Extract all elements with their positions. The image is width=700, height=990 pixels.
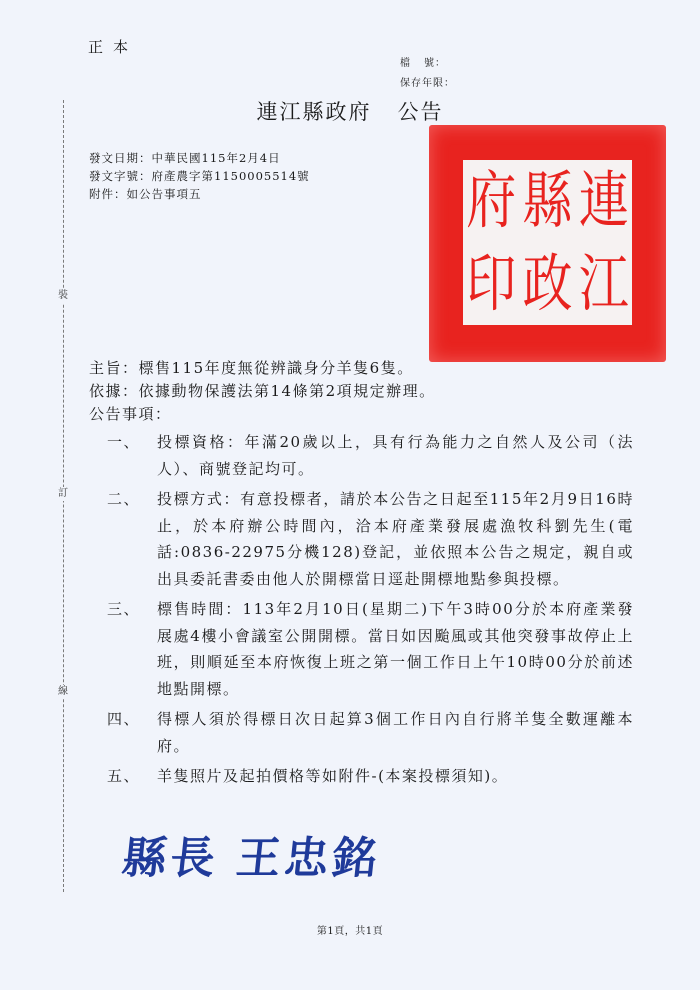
item-number: 一、 (107, 429, 157, 482)
magistrate-signature: 縣長王忠銘 (120, 822, 385, 886)
announcement-item: 一、 投標資格：年滿20歲以上，具有行為能力之自然人及公司（法人）、商號登記均可… (107, 429, 634, 482)
announcement-item: 二、 投標方式：有意投標者，請於本公告之日起至115年2月9日16時止，於本府辦… (107, 486, 634, 592)
announcement-item: 五、 羊隻照片及起拍價格等如附件-(本案投標須知)。 (107, 763, 634, 790)
seal-inner-field: 連 縣 府 江 政 印 (463, 160, 632, 325)
subject-label: 主旨： (89, 357, 139, 380)
seal-char: 江 (576, 232, 632, 335)
official-seal: 連 縣 府 江 政 印 (429, 125, 666, 362)
retention-period-label: 保存年限： (400, 74, 455, 89)
seal-char: 印 (463, 232, 519, 335)
announcement-items: 一、 投標資格：年滿20歲以上，具有行為能力之自然人及公司（法人）、商號登記均可… (89, 429, 634, 790)
binding-char-xian: 線 (54, 685, 72, 699)
archive-number-key: 檔 (400, 58, 424, 69)
subject-row: 主旨： 標售115年度無從辨識身分羊隻6隻。 (89, 357, 634, 380)
issue-date: 發文日期：中華民國115年2月4日 (89, 149, 310, 167)
item-number: 四、 (107, 706, 157, 759)
item-text: 標售時間：113年2月10日(星期二)下午3時00分於本府產業發展處4樓小會議室… (157, 596, 634, 702)
announcement-item: 四、 得標人須於得標日次日起算3個工作日內自行將羊隻全數運離本府。 (107, 706, 634, 759)
copy-type-label: 正本 (88, 36, 138, 57)
subject-text: 標售115年度無從辨識身分羊隻6隻。 (139, 357, 414, 380)
signature-title: 縣長 (120, 833, 221, 884)
announcement-items-heading: 公告事項： (89, 403, 634, 426)
item-text: 投標方式：有意投標者，請於本公告之日起至115年2月9日16時止，於本府辦公時間… (157, 486, 634, 592)
document-type: 公告 (398, 100, 444, 124)
item-text: 羊隻照片及起拍價格等如附件-(本案投標須知)。 (157, 763, 634, 790)
item-number: 五、 (107, 763, 157, 790)
item-number: 二、 (107, 486, 157, 592)
item-number: 三、 (107, 596, 157, 702)
binding-char-ding: 訂 (54, 487, 72, 501)
seal-char: 政 (519, 232, 575, 335)
attachment-note: 附件：如公告事項五 (89, 185, 310, 203)
item-text: 得標人須於得標日次日起算3個工作日內自行將羊隻全數運離本府。 (157, 706, 634, 759)
agency-name: 連江縣政府 (257, 100, 372, 124)
binding-char-zhuang: 裝 (54, 289, 72, 303)
archive-number-key2: 號： (424, 58, 446, 69)
basis-text: 依據動物保護法第14條第2項規定辦理。 (139, 380, 436, 403)
item-text: 投標資格：年滿20歲以上，具有行為能力之自然人及公司（法人）、商號登記均可。 (157, 429, 634, 482)
basis-label: 依據： (89, 380, 139, 403)
announcement-item: 三、 標售時間：113年2月10日(星期二)下午3時00分於本府產業發展處4樓小… (107, 596, 634, 702)
announcement-body: 主旨： 標售115年度無從辨識身分羊隻6隻。 依據： 依據動物保護法第14條第2… (89, 357, 634, 794)
basis-row: 依據： 依據動物保護法第14條第2項規定辦理。 (89, 380, 634, 403)
document-title: 連江縣政府公告 (0, 96, 700, 126)
archive-number-label: 檔號： (400, 54, 446, 69)
page-indicator: 第1頁，共1頁 (0, 922, 700, 937)
announcement-label: 公告事項： (89, 403, 172, 426)
issue-info: 發文日期：中華民國115年2月4日 發文字號：府產農字第1150005514號 … (89, 149, 310, 203)
signature-name: 王忠銘 (234, 833, 383, 884)
document-number: 發文字號：府產農字第1150005514號 (89, 167, 310, 185)
